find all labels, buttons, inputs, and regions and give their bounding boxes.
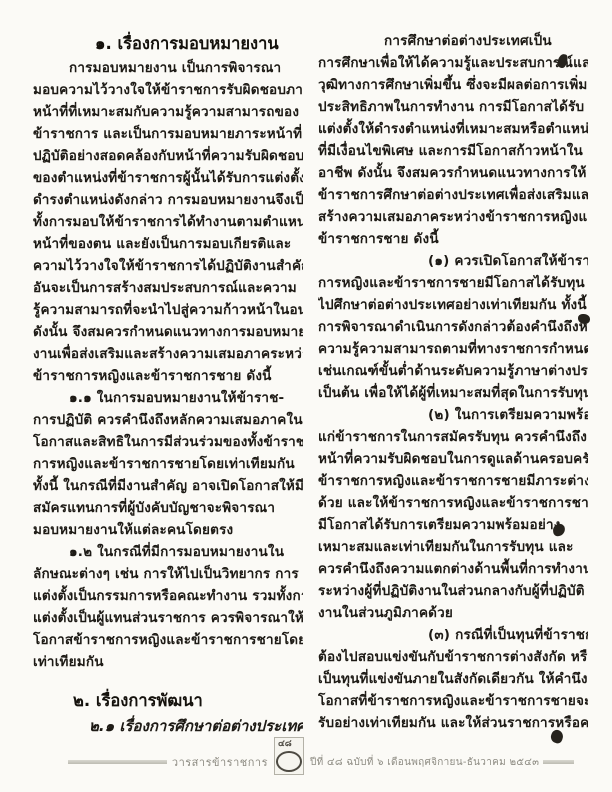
text-line: สมัครแทนการที่ผู้บังคับบัญชาจะพิจารณา [33, 497, 303, 519]
text-line: ดังนั้น จึงสมควรกำหนดแนวทางการมอบหมาย [33, 321, 303, 343]
text-line: การศึกษาต่อต่างประเทศเป็น [318, 30, 588, 52]
text-line: ปฏิบัติอย่างสอดคล้องกับหน้าที่ความรับผิด… [33, 145, 303, 167]
text-line: อันจะเป็นการสร้างสมประสบการณ์และความ [33, 277, 303, 299]
paragraph: การศึกษาต่อต่างประเทศเป็นการศึกษาเพื่อให… [318, 30, 588, 250]
page-footer: วารสารข้าราชการ ๔๘ ปีที่ ๔๘ ฉบับที่ ๖ เด… [68, 740, 574, 784]
paragraph: (๒) ในการเตรียมความพร้อมแก่ข้าราชการในกา… [318, 404, 588, 624]
text-line: การศึกษาเพื่อให้ได้ความรู้และประสบการณ์แ… [318, 52, 588, 74]
text-line: เช่นเกณฑ์ขั้นต่ำด้านระดับความรู้ภาษาต่าง… [318, 360, 588, 382]
text-line: หน้าที่ความรับผิดชอบในการดูแลด้านครอบครั… [318, 448, 588, 470]
text-line: ความรู้ความสามารถตามที่ทางราชการกำหนดด้ว… [318, 338, 588, 360]
text-line: เป็นทุนที่แข่งขันภายในสังกัดเดียวกัน ให้… [318, 668, 588, 690]
text-line: ไปศึกษาต่อต่างประเทศอย่างเท่าเทียมกัน ทั… [318, 294, 588, 316]
text-line: โอกาสที่ข้าราชการหญิงและข้าราชการชายจะได… [318, 690, 588, 712]
text-line: แก่ข้าราชการในการสมัครรับทุน ควรคำนึงถึง [318, 426, 588, 448]
text-line: เท่าเทียมกัน [33, 651, 303, 673]
text-line: การปฏิบัติ ควรคำนึงถึงหลักความเสมอภาคใน [33, 409, 303, 431]
text-line: โอกาสข้าราชการหญิงและข้าราชการชายโดย [33, 629, 303, 651]
text-line: ๑.๑ ในการมอบหมายงานให้ข้าราช- [33, 387, 303, 409]
text-line: ความไว้วางใจให้ข้าราชการได้ปฏิบัติงานสำค… [33, 255, 303, 277]
text-line: แต่งตั้งเป็นกรรมการหรือคณะทำงาน รวมทั้งก… [33, 585, 303, 607]
text-line: หน้าที่ของตน และยังเป็นการมอบเกียรติและ [33, 233, 303, 255]
text-line: การหญิงและข้าราชการชายมีโอกาสได้รับทุน [318, 272, 588, 294]
text-line: เหมาะสมและเท่าเทียมกันในการรับทุน และ [318, 536, 588, 558]
document-page: ๑. เรื่องการมอบหมายงานการมอบหมายงาน เป็น… [0, 0, 612, 792]
text-line: แต่งตั้งให้ดำรงตำแหน่งที่เหมาะสมหรือตำแห… [318, 118, 588, 140]
text-line: เป็นต้น เพื่อให้ได้ผู้ที่เหมาะสมที่สุดใน… [318, 382, 588, 404]
right-column: การศึกษาต่อต่างประเทศเป็นการศึกษาเพื่อให… [318, 30, 588, 734]
text-line: มอบหมายงานให้แต่ละคนโดยตรง [33, 519, 303, 541]
text-line: ข้าราชการหญิงและข้าราชการชายมีภาระต่างกั… [318, 470, 588, 492]
paragraph: (๑) ควรเปิดโอกาสให้ข้าราช-การหญิงและข้าร… [318, 250, 588, 404]
text-line: ๑.๒ ในกรณีที่มีการมอบหมายงานใน [33, 541, 303, 563]
text-line: หน้าที่ที่เหมาะสมกับความรู้ความสามารถของ [33, 101, 303, 123]
text-line: การหญิงและข้าราชการชายโดยเท่าเทียมกัน [33, 453, 303, 475]
text-line: ข้าราชการหญิงและข้าราชการชาย ดังนี้ [33, 365, 303, 387]
paragraph: (๓) กรณีที่เป็นทุนที่ข้าราชการต้องไปสอบแ… [318, 624, 588, 734]
issue-info: ปีที่ ๔๘ ฉบับที่ ๖ เดือนพฤศจิกายน-ธันวาค… [310, 755, 539, 770]
paragraph: การมอบหมายงาน เป็นการพิจารณามอบความไว้วา… [33, 57, 303, 387]
issue-badge: ๔๘ [274, 737, 304, 775]
text-line: ทั้งนี้ ในกรณีที่มีงานสำคัญ อาจเปิดโอกาส… [33, 475, 303, 497]
text-line: (๑) ควรเปิดโอกาสให้ข้าราช- [318, 250, 588, 272]
text-line: มีโอกาสได้รับการเตรียมความพร้อมอย่าง [318, 514, 588, 536]
text-line: ดำรงตำแหน่งดังกล่าว การมอบหมายงานจึงเป็น [33, 189, 303, 211]
text-line: งานในส่วนภูมิภาคด้วย [318, 602, 588, 624]
ink-smudge-icon [578, 314, 590, 324]
text-line: ควรคำนึงถึงความแตกต่างด้านพื้นที่การทำงา… [318, 558, 588, 580]
text-line: ระหว่างผู้ที่ปฏิบัติงานในส่วนกลางกับผู้ท… [318, 580, 588, 602]
badge-number: ๔๘ [278, 739, 292, 749]
text-line: ต้องไปสอบแข่งขันกับข้าราชการต่างสังกัด ห… [318, 646, 588, 668]
journal-name: วารสารข้าราชการ [172, 753, 268, 771]
text-line: ประสิทธิภาพในการทำงาน การมีโอกาสได้รับ [318, 96, 588, 118]
text-line: รับอย่างเท่าเทียมกัน และให้ส่วนราชการหรื… [318, 712, 588, 734]
text-line: มอบความไว้วางใจให้ข้าราชการรับผิดชอบภาระ [33, 79, 303, 101]
paragraph: ๑.๑ ในการมอบหมายงานให้ข้าราช-การปฏิบัติ … [33, 387, 303, 541]
text-line: ข้าราชการ และเป็นการมอบหมายภาระหน้าที่ ใ… [33, 123, 303, 145]
text-line: แต่งตั้งเป็นผู้แทนส่วนราชการ ควรพิจารณาใ… [33, 607, 303, 629]
badge-oval-icon [276, 751, 302, 772]
section-subheading: ๒.๑ เรื่องการศึกษาต่อต่างประเทศ [33, 714, 303, 739]
text-line: รู้ความสามารถที่จะนำไปสู่ความก้าวหน้าในอ… [33, 299, 303, 321]
text-line: การพิจารณาดำเนินการดังกล่าวต้องคำนึงถึงห… [318, 316, 588, 338]
footer-rule-right [543, 760, 574, 764]
text-line: ข้าราชการศึกษาต่อต่างประเทศเพื่อส่งเสริม… [318, 184, 588, 206]
text-line: ที่มีเงื่อนไขพิเศษ และการมีโอกาสก้าวหน้า… [318, 140, 588, 162]
section-heading: ๒. เรื่องการพัฒนา [33, 687, 303, 714]
paragraph: ๑.๒ ในกรณีที่มีการมอบหมายงานในลักษณะต่าง… [33, 541, 303, 673]
text-line: ด้วย และให้ข้าราชการหญิงและข้าราชการชาย [318, 492, 588, 514]
section-heading: ๑. เรื่องการมอบหมายงาน [33, 30, 303, 57]
text-line: โอกาสและสิทธิในการมีส่วนร่วมของทั้งข้ารา… [33, 431, 303, 453]
text-line: งานเพื่อส่งเสริมและสร้างความเสมอภาคระหว่… [33, 343, 303, 365]
text-line: ของตำแหน่งที่ข้าราชการผู้นั้นได้รับการแต… [33, 167, 303, 189]
text-line: การมอบหมายงาน เป็นการพิจารณา [33, 57, 303, 79]
footer-rule-left [68, 760, 167, 764]
text-line: อาชีพ ดังนั้น จึงสมควรกำหนดแนวทางการให้ [318, 162, 588, 184]
text-line: ทั้งการมอบให้ข้าราชการได้ทำงานตามตำแหน่ง [33, 211, 303, 233]
text-line: วุฒิทางการศึกษาเพิ่มขึ้น ซึ่งจะมีผลต่อกา… [318, 74, 588, 96]
text-line: (๒) ในการเตรียมความพร้อม [318, 404, 588, 426]
text-line: ลักษณะต่างๆ เช่น การให้ไปเป็นวิทยากร การ [33, 563, 303, 585]
text-line: ข้าราชการชาย ดังนี้ [318, 228, 588, 250]
text-line: (๓) กรณีที่เป็นทุนที่ข้าราชการ [318, 624, 588, 646]
text-line: สร้างความเสมอภาคระหว่างข้าราชการหญิงและ [318, 206, 588, 228]
left-column: ๑. เรื่องการมอบหมายงานการมอบหมายงาน เป็น… [33, 30, 303, 739]
